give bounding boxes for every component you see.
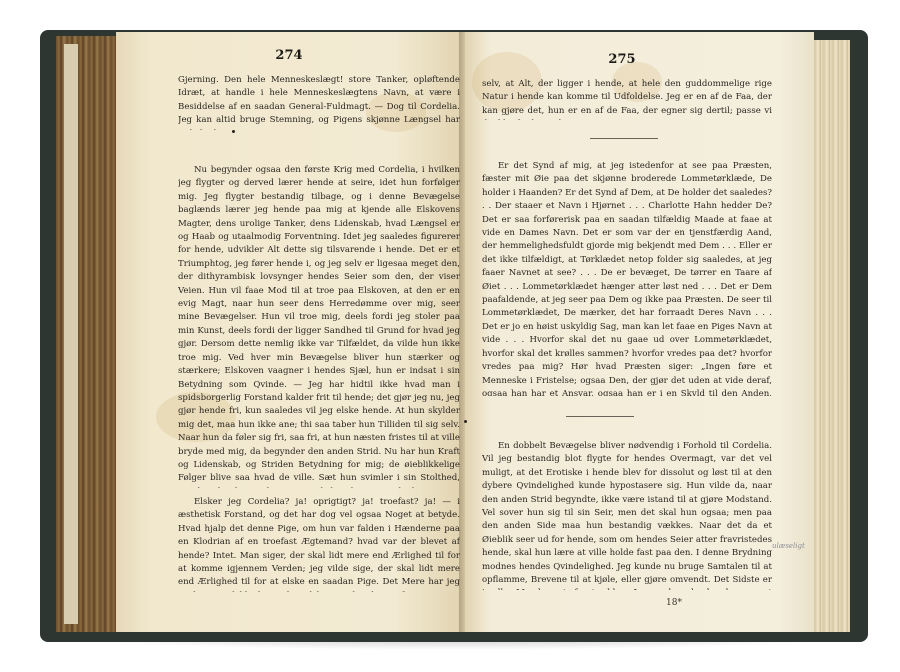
endpaper-left [64,44,78,624]
page-number: 275 [592,52,652,67]
page-number: 274 [259,48,319,63]
signature-mark: 18* [666,598,682,608]
left-page: 274 Gjerning. Den hele Menneskeslægt! st… [116,32,464,632]
paragraph-3: En dobbelt Bevægelse bliver nødvendig i … [482,440,772,590]
paragraph-text: selv, at Alt, der ligger i hende, at hel… [482,78,772,120]
pencil-margin-note: ulæseligt [772,542,805,550]
section-divider [566,416,634,417]
paragraph-1: selv, at Alt, der ligger i hende, at hel… [482,78,772,120]
paragraph-3: Elsker jeg Cordelia? ja! oprigtigt? ja! … [178,496,460,592]
paragraph-text: En dobbelt Bevægelse bliver nødvendig i … [482,440,772,590]
paragraph-text: Er det Synd af mig, at jeg istedenfor at… [482,160,772,396]
page-edges-right [812,40,850,632]
right-page: 275 selv, at Alt, der ligger i hende, at… [462,32,814,632]
book-gutter [459,32,465,632]
ornament-dot [232,130,235,133]
paragraph-2: Nu begynder ogsaa den første Krig med Co… [178,164,460,488]
section-divider [590,138,658,139]
paragraph-text: Nu begynder ogsaa den første Krig med Co… [178,164,460,488]
paragraph-2: Er det Synd af mig, at jeg istedenfor at… [482,160,772,396]
paragraph-text: Gjerning. Den hele Menneskeslægt! store … [178,74,460,130]
paragraph-1: Gjerning. Den hele Menneskeslægt! store … [178,74,460,130]
paragraph-text: Elsker jeg Cordelia? ja! oprigtigt? ja! … [178,496,460,592]
